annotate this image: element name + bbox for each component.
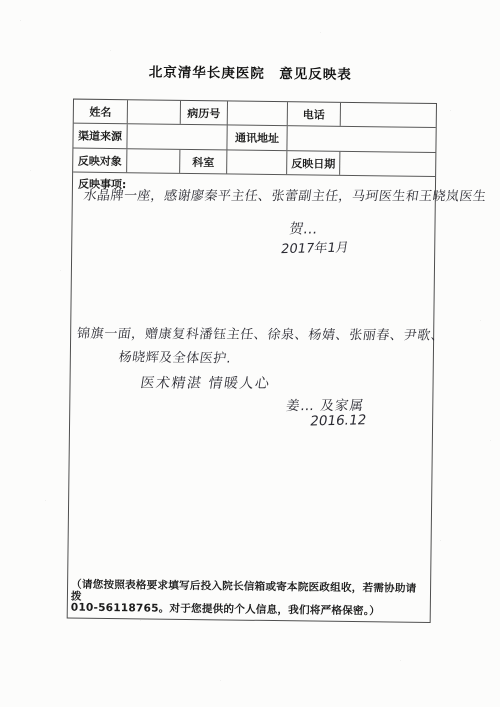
feedback-form-table: 姓名 病历号 电话 渠道来源 通讯地址 反映对象 科室 反映日期 反映事项: 水… [67, 99, 437, 623]
date-label-cell: 反映日期 [287, 151, 340, 175]
scanned-feedback-form: { "title": "北京清华长庚医院 意见反映表", "table": { … [0, 0, 500, 707]
submission-instructions-line2: 010-56118765。对于您提供的个人信息，我们将严格保密。） [71, 603, 424, 619]
submission-instructions: （请您按照表格要求填写后投入院长信箱或寄本院医政组收，若需协助请拨 010-56… [71, 580, 424, 619]
record-no-value-cell [228, 101, 288, 125]
name-label-cell: 姓名 [74, 100, 128, 124]
dept-label-cell: 科室 [180, 150, 227, 174]
target-value-cell [127, 149, 180, 173]
channel-value-cell [127, 124, 227, 149]
matters-cell: 反映事项: 水晶牌一座，感谢廖秦平主任、张蕾副主任，马珂医生和王晓岚医生 贺… … [68, 173, 435, 622]
handwritten-entry2-line1: 锦旗一面，赠康复科潘钰主任、徐泉、杨婧、张丽春、尹歌、 [76, 323, 446, 344]
name-value-cell [128, 100, 181, 124]
address-label-cell: 通讯地址 [227, 125, 287, 150]
handwritten-entry2-line3: 医术精湛 情暖人心 [139, 372, 272, 392]
phone-label-cell: 电话 [288, 102, 341, 126]
address-value-cell [287, 126, 435, 152]
channel-label-cell: 渠道来源 [73, 124, 127, 149]
target-label-cell: 反映对象 [73, 149, 127, 173]
handwritten-entry1-line1: 水晶牌一座，感谢廖秦平主任、张蕾副主任，马珂医生和王晓岚医生 [83, 185, 488, 205]
record-no-label-cell: 病历号 [181, 101, 228, 125]
handwritten-entry1-date: 2017年1月 [280, 237, 351, 257]
handwritten-entry2-date: 2016.12 [309, 412, 368, 429]
handwritten-entry2-signature: 姜… 及家属 [285, 394, 366, 414]
phone-value-cell [341, 103, 436, 127]
page-title: 北京清华长庚医院 意见反映表 [0, 59, 500, 85]
scanned-page: 北京清华长庚医院 意见反映表 姓名 病历号 电话 渠道来源 通讯地址 反映对象 … [0, 0, 500, 707]
handwritten-entry1-signature: 贺… [288, 218, 319, 238]
dept-value-cell [227, 150, 287, 174]
date-value-cell [340, 152, 435, 176]
handwritten-entry2-line2: 杨晓辉及全体医护. [118, 346, 233, 366]
